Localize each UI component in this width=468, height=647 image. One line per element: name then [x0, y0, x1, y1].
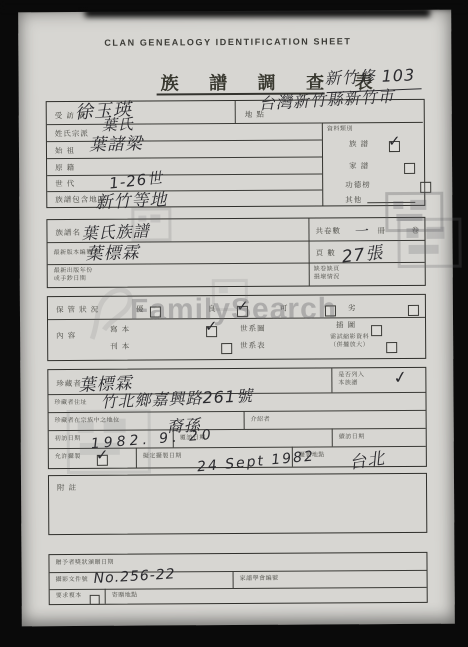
xieben-checkbox: ✓ — [206, 326, 217, 337]
shixitu-checkbox: ✓ — [371, 325, 382, 336]
shixibiao-checkbox: ✓ — [386, 342, 397, 353]
familysearch-tree-icon — [82, 284, 137, 344]
content-label: 內 容 — [56, 330, 76, 341]
category-header: 資料類別 — [327, 126, 353, 133]
english-title: CLAN GENEALOGY IDENTIFICATION SHEET — [104, 36, 351, 48]
scanned-document-page: { "colors":{"frame":"#0a0a0a","paper":"#… — [0, 0, 468, 647]
jiapu-checkbox: ✓ — [405, 163, 416, 174]
hw-film-place: 台北 — [347, 444, 386, 474]
category-item-jiapu: 家 譜 — [349, 160, 369, 171]
pubyear-label-line1: 最新出版年份 — [54, 268, 93, 275]
scan-frame-top — [0, 0, 468, 8]
surname-label: 姓氏宗派 — [55, 128, 89, 139]
copy-request-label: 要求複本 — [56, 593, 82, 600]
missing-label-line1: 缺卷缺頁 — [314, 266, 340, 273]
scan-smudge-top — [85, 8, 430, 17]
hw-compiler: 葉標霖 — [85, 238, 140, 264]
hw-ancestor: 葉諸梁 — [89, 129, 144, 155]
zupu-checkbox: ✓ — [389, 141, 400, 152]
category-item-gongdebang: 功德榜 — [345, 179, 371, 190]
kanben-checkbox: ✓ — [221, 343, 232, 354]
pubyear-label-line2: 或手鈔日期 — [54, 276, 87, 283]
zupu-checkmark: ✓ — [388, 132, 401, 150]
hw-pages: 27張 — [340, 238, 384, 267]
book-info-table: 族譜名 最新版本編纂者 最新出版年份 或手鈔日期 共卷數 冊 卷 頁 數 缺卷缺… — [46, 217, 425, 288]
category-item-other: 其他 — [345, 194, 362, 205]
content-chatu-label: 插 圖 — [336, 319, 356, 330]
send-place-label: 寄贈地點 — [112, 593, 138, 600]
cond-lie-label: 劣 — [348, 302, 357, 313]
pages-label: 頁 數 — [316, 247, 336, 258]
origin-label: 原 籍 — [55, 162, 75, 173]
ancestor-label: 始 祖 — [55, 145, 75, 156]
hw-film-number: No.256-22 — [93, 566, 176, 587]
content-shixibiao-label: 世系表 — [240, 340, 266, 351]
introducer-label: 介紹者 — [251, 417, 271, 424]
address-label: 珍藏者住址 — [54, 400, 87, 407]
hw-film-date: 24 Sept 1982 — [196, 448, 315, 475]
scanned-paper-sheet: CLAN GENEALOGY IDENTIFICATION SHEET 族 譜 … — [18, 10, 455, 627]
listed-label-line1: 是否列入 — [338, 372, 364, 379]
content-suoying-label-line1: 需試縮影資料 — [330, 334, 369, 341]
hw-address: 竹北鄉嘉興路261號 — [100, 383, 253, 412]
followup-label: 續訪日期 — [339, 434, 365, 441]
volumes-label: 共卷數 — [315, 225, 341, 236]
listed-label-line2: 本族譜 — [338, 380, 358, 387]
basic-info-table: 受 訪 者 地 點 姓氏宗派 始 祖 原 籍 世 代 族譜包含地區 資料類別 族… — [46, 99, 426, 208]
watermark-stamp — [67, 410, 151, 475]
copy-request-checkbox: ✓ — [90, 595, 100, 605]
admin-table: 贈予者獎狀頒贈日期 攝影文件號 家譜學會編號 要求複本 ✓ 寄贈地點 No.25… — [48, 552, 427, 605]
genealogy-title-label: 族譜名 — [55, 227, 81, 238]
content-suoying-label-line2: （併攏放大） — [330, 342, 369, 349]
hw-listed-check: ✓ — [392, 367, 410, 389]
missing-label-line2: 損壞情況 — [314, 274, 340, 281]
award-date-label: 贈予者獎狀頒贈日期 — [55, 560, 114, 567]
watermark-stamp — [212, 279, 248, 311]
notes-label: 附 註 — [57, 482, 77, 493]
film-number-label: 攝影文件號 — [56, 577, 89, 584]
cond-lie-checkbox: ✓ — [408, 305, 419, 316]
generations-label: 世 代 — [55, 178, 75, 189]
society-number-label: 家譜學會編號 — [240, 576, 279, 583]
category-item-zupu: 族 譜 — [349, 138, 369, 149]
watermark-stamp — [131, 207, 171, 241]
watermark-stamp — [397, 218, 461, 268]
notes-table: 附 註 — [48, 473, 427, 535]
